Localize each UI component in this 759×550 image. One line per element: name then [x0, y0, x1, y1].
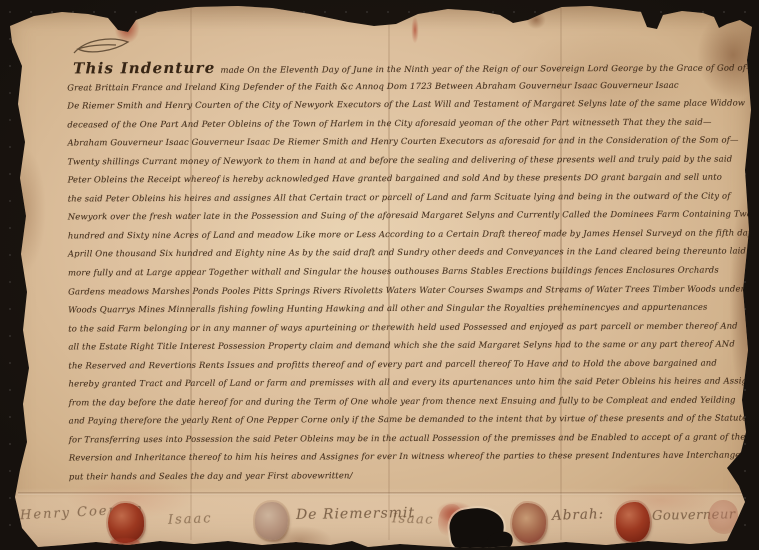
text-line: This Indenturemade On the Eleventh Day o…: [67, 57, 727, 78]
wax-seal-faded: [708, 500, 738, 534]
signature-isaac-2: Isaac: [392, 511, 435, 527]
signature-abraham: Abrah:: [552, 506, 605, 524]
torn-hole: [447, 504, 507, 550]
text-line: more fully and at Large appear Together …: [68, 261, 728, 282]
text-line: Woods Quarrys Mines Minneralls fishing f…: [68, 298, 728, 319]
photo-backdrop: This Indenturemade On the Eleventh Day o…: [0, 0, 759, 550]
signature-isaac-1: Isaac: [168, 511, 213, 528]
wax-seal: [616, 502, 650, 542]
pen-flourish: [72, 34, 134, 62]
text-line: all the Estate Right Title Interest Poss…: [68, 335, 728, 356]
wax-seal: [512, 503, 546, 543]
text-line: De Riemer Smith and Henry Courten of the…: [67, 94, 727, 115]
manuscript-text: This Indenturemade On the Eleventh Day o…: [67, 57, 729, 486]
text-line: Reversion and Inheritance thereof to him…: [69, 446, 729, 467]
wax-seal: [255, 502, 288, 540]
wax-drip: [110, 538, 140, 547]
opening-phrase: This Indenture: [73, 59, 215, 78]
text-line: put their hands and Seales the day and y…: [69, 465, 729, 486]
text-line: Abraham Gouverneur Isaac Gouverneur Isaa…: [67, 131, 727, 152]
text-line-rest: made On the Eleventh Day of June in the …: [220, 62, 754, 74]
wax-seal: [108, 503, 144, 543]
horizontal-fold-crease: [18, 492, 743, 495]
parchment-document: This Indenturemade On the Eleventh Day o…: [0, 0, 759, 550]
